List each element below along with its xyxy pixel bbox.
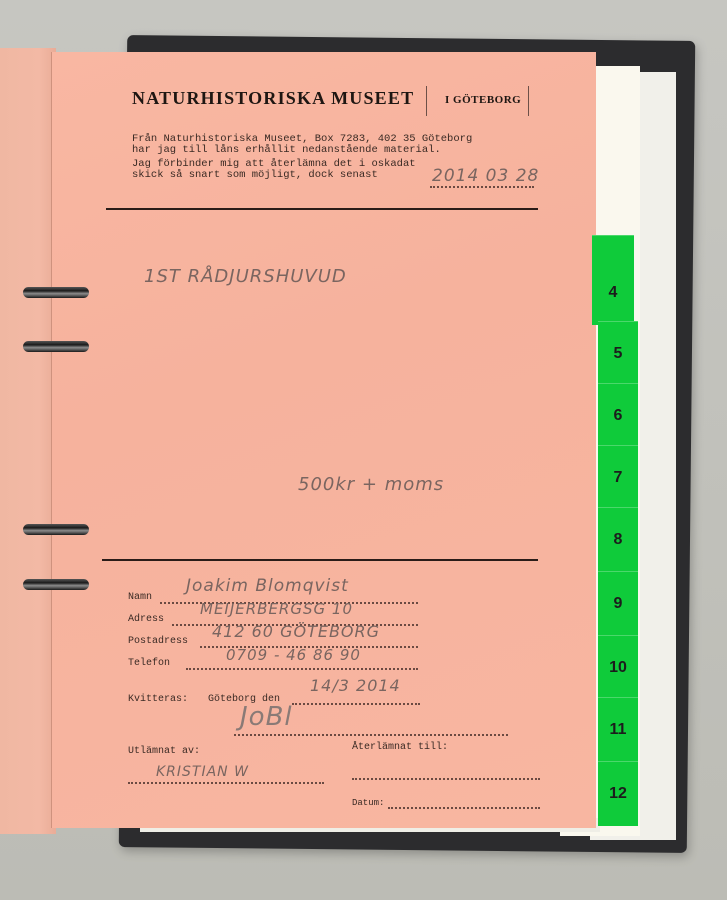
museum-name: NATURHISTORISKA MUSEET <box>132 88 414 109</box>
intro-text: Från Naturhistoriska Museet, Box 7283, 4… <box>132 134 472 180</box>
phone-line <box>186 668 418 670</box>
tab-9[interactable]: 9 <box>598 571 638 636</box>
name-label: Namn <box>128 592 152 603</box>
tab-7[interactable]: 7 <box>598 445 638 510</box>
receipt-date-line <box>292 703 420 705</box>
postal-value[interactable]: 412 60 GÖTEBORG <box>212 622 380 641</box>
binder-ring <box>23 287 89 298</box>
middle-divider <box>102 559 538 561</box>
returned-to-line[interactable] <box>352 778 540 780</box>
tab-11[interactable]: 11 <box>598 697 638 762</box>
date-label: Datum: <box>352 798 384 808</box>
returned-to-label: Återlämnat till: <box>352 742 448 753</box>
lent-by-value[interactable]: KRISTIAN W <box>156 764 249 780</box>
binder-ring <box>23 341 89 352</box>
item-description[interactable]: 1ST RÅDJURSHUVUD <box>144 266 347 287</box>
postal-label: Postadress <box>128 636 188 647</box>
museum-city: I GÖTEBORG <box>445 94 521 106</box>
name-value[interactable]: Joakim Blomqvist <box>186 576 349 596</box>
lent-by-line <box>128 782 324 784</box>
price-note[interactable]: 500kr + moms <box>298 474 444 495</box>
intro-line-4: skick så snart som möjligt, dock senast <box>132 169 378 181</box>
return-date-field-line[interactable] <box>388 807 540 809</box>
left-page <box>0 48 56 834</box>
tab-10[interactable]: 10 <box>598 635 638 700</box>
tab-6[interactable]: 6 <box>598 383 638 448</box>
address-value[interactable]: MEIJERBERGSG 10 <box>200 600 353 618</box>
receipt-date-value[interactable]: 14/3 2014 <box>310 676 401 695</box>
intro-line-2: har jag till låns erhållit nedanstående … <box>132 144 441 156</box>
header-divider <box>426 86 427 116</box>
phone-value[interactable]: 0709 - 46 86 90 <box>226 646 361 664</box>
tab-8[interactable]: 8 <box>598 507 638 572</box>
signature-line <box>234 734 508 736</box>
tab-5[interactable]: 5 <box>598 321 638 386</box>
address-label: Adress <box>128 614 164 625</box>
binder-ring <box>23 579 89 590</box>
header-divider <box>528 86 529 116</box>
binder-ring <box>23 524 89 535</box>
phone-label: Telefon <box>128 658 170 669</box>
return-date-value[interactable]: 2014 03 28 <box>432 166 539 186</box>
lent-by-label: Utlämnat av: <box>128 746 200 757</box>
return-date-line <box>430 186 534 188</box>
signature[interactable]: JoBl <box>240 702 293 732</box>
tab-4[interactable]: 4 <box>592 235 634 325</box>
tab-12[interactable]: 12 <box>598 761 638 826</box>
loan-form-page: NATURHISTORISKA MUSEET I GÖTEBORG Från N… <box>52 52 596 828</box>
top-divider <box>106 208 538 210</box>
receipt-label: Kvitteras: <box>128 694 188 705</box>
